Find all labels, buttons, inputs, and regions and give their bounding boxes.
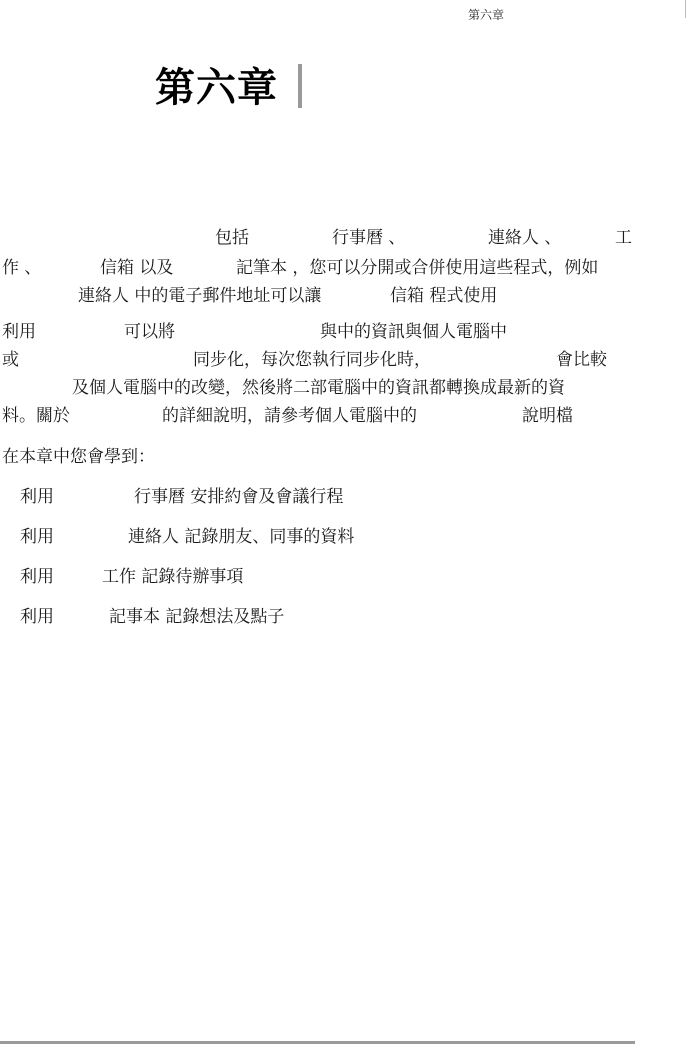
chapter-title: 第六章 <box>155 64 278 112</box>
list-item-prefix: 利用 <box>20 607 54 627</box>
p1-text: 連絡人 中的電子郵件地址可以讓 <box>78 286 321 306</box>
p1-text: 信箱 程式使用 <box>390 286 497 306</box>
learn-intro: 在本章中您會學到： <box>2 447 155 467</box>
running-header: 第六章 <box>468 6 504 23</box>
footer-rule <box>0 1041 635 1044</box>
p2-text: 及個人電腦中的改變，然後將二部電腦中的資訊都轉換成最新的資 <box>72 378 565 398</box>
p1-text: 記筆本 ，您可以分開或合併使用這些程式，例如 <box>236 258 598 278</box>
list-item-prefix: 利用 <box>20 527 54 547</box>
list-item-text: 連絡人 記錄朋友、同事的資料 <box>128 527 354 547</box>
list-item-text: 行事曆 安排約會及會議行程 <box>134 487 343 507</box>
p2-text: 與中的資訊與個人電腦中 <box>320 322 507 342</box>
list-item-prefix: 利用 <box>20 567 54 587</box>
chapter-title-bar <box>298 64 302 108</box>
p1-text: 信箱 以及 <box>100 258 173 278</box>
p1-text: 包括 <box>215 228 249 248</box>
p1-text: 工 <box>615 228 632 248</box>
header-rule <box>685 0 686 18</box>
p2-text: 可以將 <box>124 322 175 342</box>
p1-text: 行事曆 、 <box>332 228 405 248</box>
list-item-text: 工作 記錄待辦事項 <box>102 567 243 587</box>
list-item-prefix: 利用 <box>20 487 54 507</box>
p2-text: 利用 <box>2 322 36 342</box>
p2-text: 或 <box>2 350 19 370</box>
p2-text: 的詳細說明，請參考個人電腦中的 <box>162 406 417 426</box>
p2-text: 同步化，每次您執行同步化時， <box>193 350 431 370</box>
p2-text: 料。關於 <box>2 406 70 426</box>
p2-text: 說明檔 <box>522 406 573 426</box>
p1-text: 作 、 <box>2 258 41 278</box>
p1-text: 連絡人 、 <box>488 228 561 248</box>
p2-text: 會比較 <box>556 350 607 370</box>
list-item-text: 記事本 記錄想法及點子 <box>109 607 284 627</box>
